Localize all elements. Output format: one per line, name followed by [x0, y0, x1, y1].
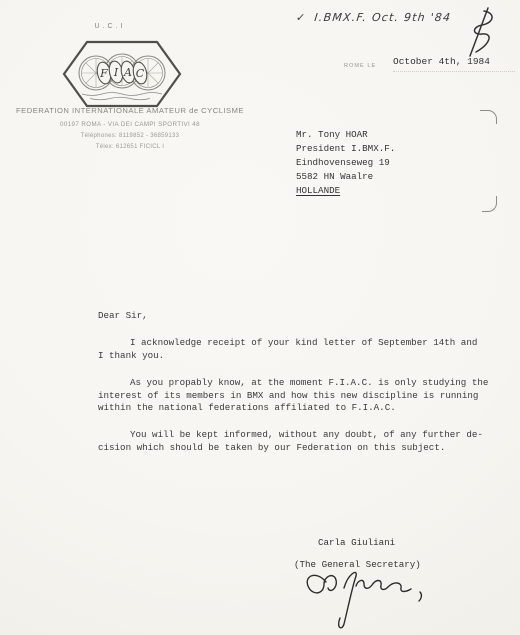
handwritten-note-text: I.BMX.F. Oct. 9th '84	[314, 11, 452, 24]
recipient-city: 5582 HN Waalre	[296, 170, 395, 184]
recipient-address-block: Mr. Tony HOAR President I.BMX.F. Eindhov…	[296, 128, 395, 198]
svg-text:C: C	[136, 67, 145, 80]
paragraph-2: As you propably know, at the moment F.I.…	[98, 377, 490, 414]
window-corner-top-mark	[480, 110, 497, 124]
letter-page: U.C.I F I A C FEDERATION INTERNATIO	[0, 0, 520, 635]
logo-ground-lines	[82, 93, 162, 100]
org-address: 00197 ROMA - VIA DEI CAMPI SPORTIVI 48	[4, 121, 256, 128]
recipient-title: President I.BMX.F.	[296, 142, 395, 156]
recipient-street: Eindhovenseweg 19	[296, 156, 395, 170]
org-telex: Télex: 612651 FICICL I	[4, 144, 256, 150]
place-label: ROME LE	[344, 63, 376, 69]
body-line: I thank you.	[98, 350, 490, 362]
handwritten-note: ✓I.BMX.F. Oct. 9th '84	[295, 11, 452, 24]
letter-body: Dear Sir, I acknowledge receipt of your …	[98, 310, 490, 454]
handwritten-signature-icon	[300, 568, 440, 634]
svg-text:I: I	[113, 66, 119, 79]
org-phones: Téléphones: 8119852 - 36859133	[4, 133, 256, 139]
date-dotted-line	[393, 70, 515, 72]
signer-name: Carla Giuliani	[318, 537, 395, 548]
org-name: FEDERATION INTERNATIONALE AMATEUR de CYC…	[4, 106, 256, 115]
body-line: within the national federations affiliat…	[98, 402, 490, 414]
recipient-name: Mr. Tony HOAR	[296, 128, 395, 142]
recipient-country: HOLLANDE	[296, 184, 395, 198]
svg-text:A: A	[123, 66, 132, 79]
handwritten-initials-icon	[462, 6, 498, 58]
checkmark-icon: ✓	[295, 11, 307, 24]
body-line: I acknowledge receipt of your kind lette…	[98, 337, 490, 349]
letter-date: October 4th, 1984	[393, 56, 490, 67]
body-line: interest of its members in BMX and how t…	[98, 390, 490, 402]
body-line: cision which should be taken by our Fede…	[98, 442, 490, 454]
body-line: You will be kept informed, without any d…	[98, 429, 490, 441]
window-corner-bottom-mark	[482, 196, 497, 212]
salutation: Dear Sir,	[98, 310, 490, 322]
uci-label: U.C.I	[78, 23, 142, 30]
body-line: As you propably know, at the moment F.I.…	[98, 377, 490, 389]
svg-text:F: F	[99, 67, 108, 80]
paragraph-3: You will be kept informed, without any d…	[98, 429, 490, 454]
fiac-logo: F I A C	[60, 37, 184, 111]
paragraph-1: I acknowledge receipt of your kind lette…	[98, 337, 490, 362]
